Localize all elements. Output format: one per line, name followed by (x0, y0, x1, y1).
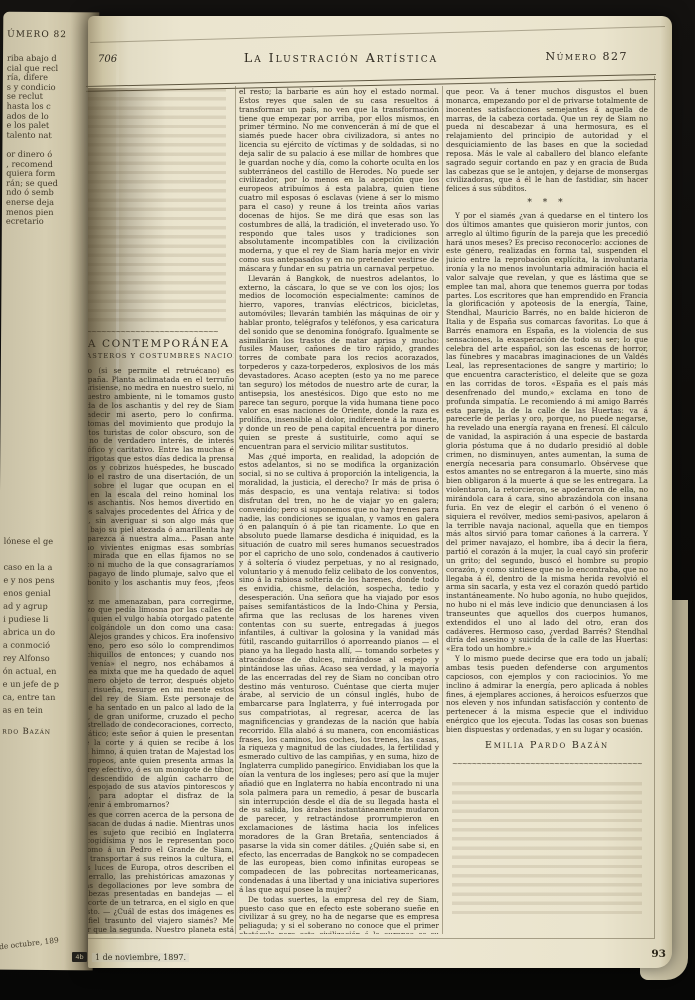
text-fragment: ndo ó semb (6, 188, 88, 198)
text-fragment: se reclut (7, 92, 89, 102)
text-fragment: caso en la a (3, 560, 85, 574)
text-fragment: e y nos pens (3, 573, 85, 587)
text-fragment: e un jefe de p (3, 677, 85, 691)
text-fragment: menos pien (6, 207, 88, 217)
column-2: el resto; la barbarie es aún hoy el esta… (239, 88, 439, 934)
column-3-text: que peor. Va á tener muchos disgustos el… (446, 88, 648, 194)
column-3-text-after-break: Y por el siamés ¿van á quedarse en el ti… (446, 212, 648, 735)
text-fragment: ca, entre tan (3, 690, 85, 704)
author-signature: Emilia Pardo Bazán (446, 742, 648, 751)
journal-title: La Ilustración Artística (88, 50, 594, 65)
text-fragment: s y condicio (7, 82, 89, 92)
text-fragment: hasta los c (7, 102, 89, 112)
text-fragment: i pudiese li (3, 612, 85, 626)
facing-page-sliver: ÚMERO 82 riba abajo dcial que reclría, d… (0, 12, 99, 971)
text-fragment: riba abajo d (7, 54, 89, 64)
paragraph: Y lo mismo puede decirse que era todo un… (446, 655, 648, 735)
folio-number: 93 (651, 948, 666, 960)
magazine-page: 706 La Ilustración Artística Número 827 … (88, 16, 672, 968)
text-fragment: as en tein (2, 703, 84, 717)
text-fragment (6, 140, 88, 150)
text-fragment: rey Alfonso (3, 651, 85, 665)
text-fragment: talento nat (6, 130, 88, 140)
paragraph: En mi niñez me amenazaban, para corregir… (88, 598, 234, 810)
facing-page-fragments-middle: lónese el ge caso en la ae y nos penseno… (2, 534, 85, 717)
column-rule-2 (442, 86, 443, 934)
paragraph: Llevarán á Bangkok, de nuestros adelanto… (239, 275, 439, 452)
text-fragment: enos genial (3, 586, 85, 600)
page-footer: 4b 1 de noviembre, 1897. (72, 952, 189, 962)
page-top-edge (90, 26, 665, 43)
text-fragment: lónese el ge (4, 534, 86, 548)
end-of-article-separator: ~~~~~~~~~~~~~~~~~~~~~~~~~~~~~~~~~~~~~~~~… (452, 760, 642, 768)
column-rule-1 (235, 86, 236, 934)
running-header: 706 La Ilustración Artística Número 827 (88, 46, 654, 72)
photographed-magazine-page: { "colors":{"paper":"#ece6d1","ink":"#2f… (0, 0, 695, 1000)
text-fragment: , recomend (6, 159, 88, 169)
paragraph: que peor. Va á tener muchos disgustos el… (446, 88, 648, 194)
text-fragment: or dinero ó (6, 150, 88, 160)
paragraph: De todas suertes, la empresa del rey de … (239, 896, 439, 934)
facing-page-footer-fragment: de octubre, 189 (0, 935, 59, 951)
text-fragment: abrica un do (3, 625, 85, 639)
text-fragment: ría, difere (7, 73, 89, 83)
text-fragment (4, 547, 86, 561)
issue-number: Número 827 (546, 50, 628, 63)
text-fragment: enerse deja (6, 198, 88, 208)
text-fragment: a conmoció (3, 638, 85, 652)
facing-page-signature-fragment: rdo Bazán (2, 726, 84, 737)
column-1-text: El exotismo (si se permite el retruécano… (88, 367, 234, 934)
footer-date: 1 de noviembre, 1897. (92, 953, 189, 962)
article-title: LA VIDA CONTEMPORÁNEA (88, 340, 234, 349)
bleedthrough-text-block (452, 782, 642, 914)
paragraph: Mas ¿qué importa, en realidad, la adopci… (239, 453, 439, 895)
column-3: que peor. Va á tener muchos disgustos el… (446, 88, 648, 934)
text-fragment: cial que recl (7, 63, 89, 73)
text-fragment: rán; se qued (6, 178, 88, 188)
column-1: ~~~~~~~~~~~~~~~~~~~~~~~~~~~~~~~~~~ LA VI… (88, 88, 234, 934)
text-fragment: ad y agrup (3, 599, 85, 613)
paragraph: el resto; la barbarie es aún hoy el esta… (239, 88, 439, 274)
article-subtitle: REYES FORASTEROS Y COSTUMBRES NACIONALES (88, 352, 234, 361)
text-fragment: ecretario (6, 217, 88, 227)
text-fragment: e los palet (7, 121, 89, 131)
paragraph: Las versiones que corren acerca de la pe… (88, 811, 234, 934)
section-divider-squiggle: ~~~~~~~~~~~~~~~~~~~~~~~~~~~~~~~~~~ (88, 328, 228, 336)
text-fragment: quiera form (6, 169, 88, 179)
library-stamp-icon: 4b (72, 952, 87, 962)
bleedthrough-text-block (88, 88, 226, 324)
facing-page-issue-fragment: ÚMERO 82 (7, 30, 89, 41)
text-frame: ~~~~~~~~~~~~~~~~~~~~~~~~~~~~~~~~~~ LA VI… (88, 76, 655, 939)
text-fragment: ón actual, en (3, 664, 85, 678)
paragraph: Y por el siamés ¿van á quedarse en el ti… (446, 212, 648, 654)
facing-page-fragments-top: riba abajo dcial que reclría, diferes y … (6, 54, 89, 227)
facing-page-text: ÚMERO 82 riba abajo dcial que reclría, d… (2, 30, 89, 737)
asterism-break: * * * (446, 199, 648, 208)
text-fragment: ados de lo (7, 111, 89, 121)
paragraph: El exotismo (si se permite el retruécano… (88, 367, 234, 597)
bleedthrough-texture (6, 238, 78, 239)
